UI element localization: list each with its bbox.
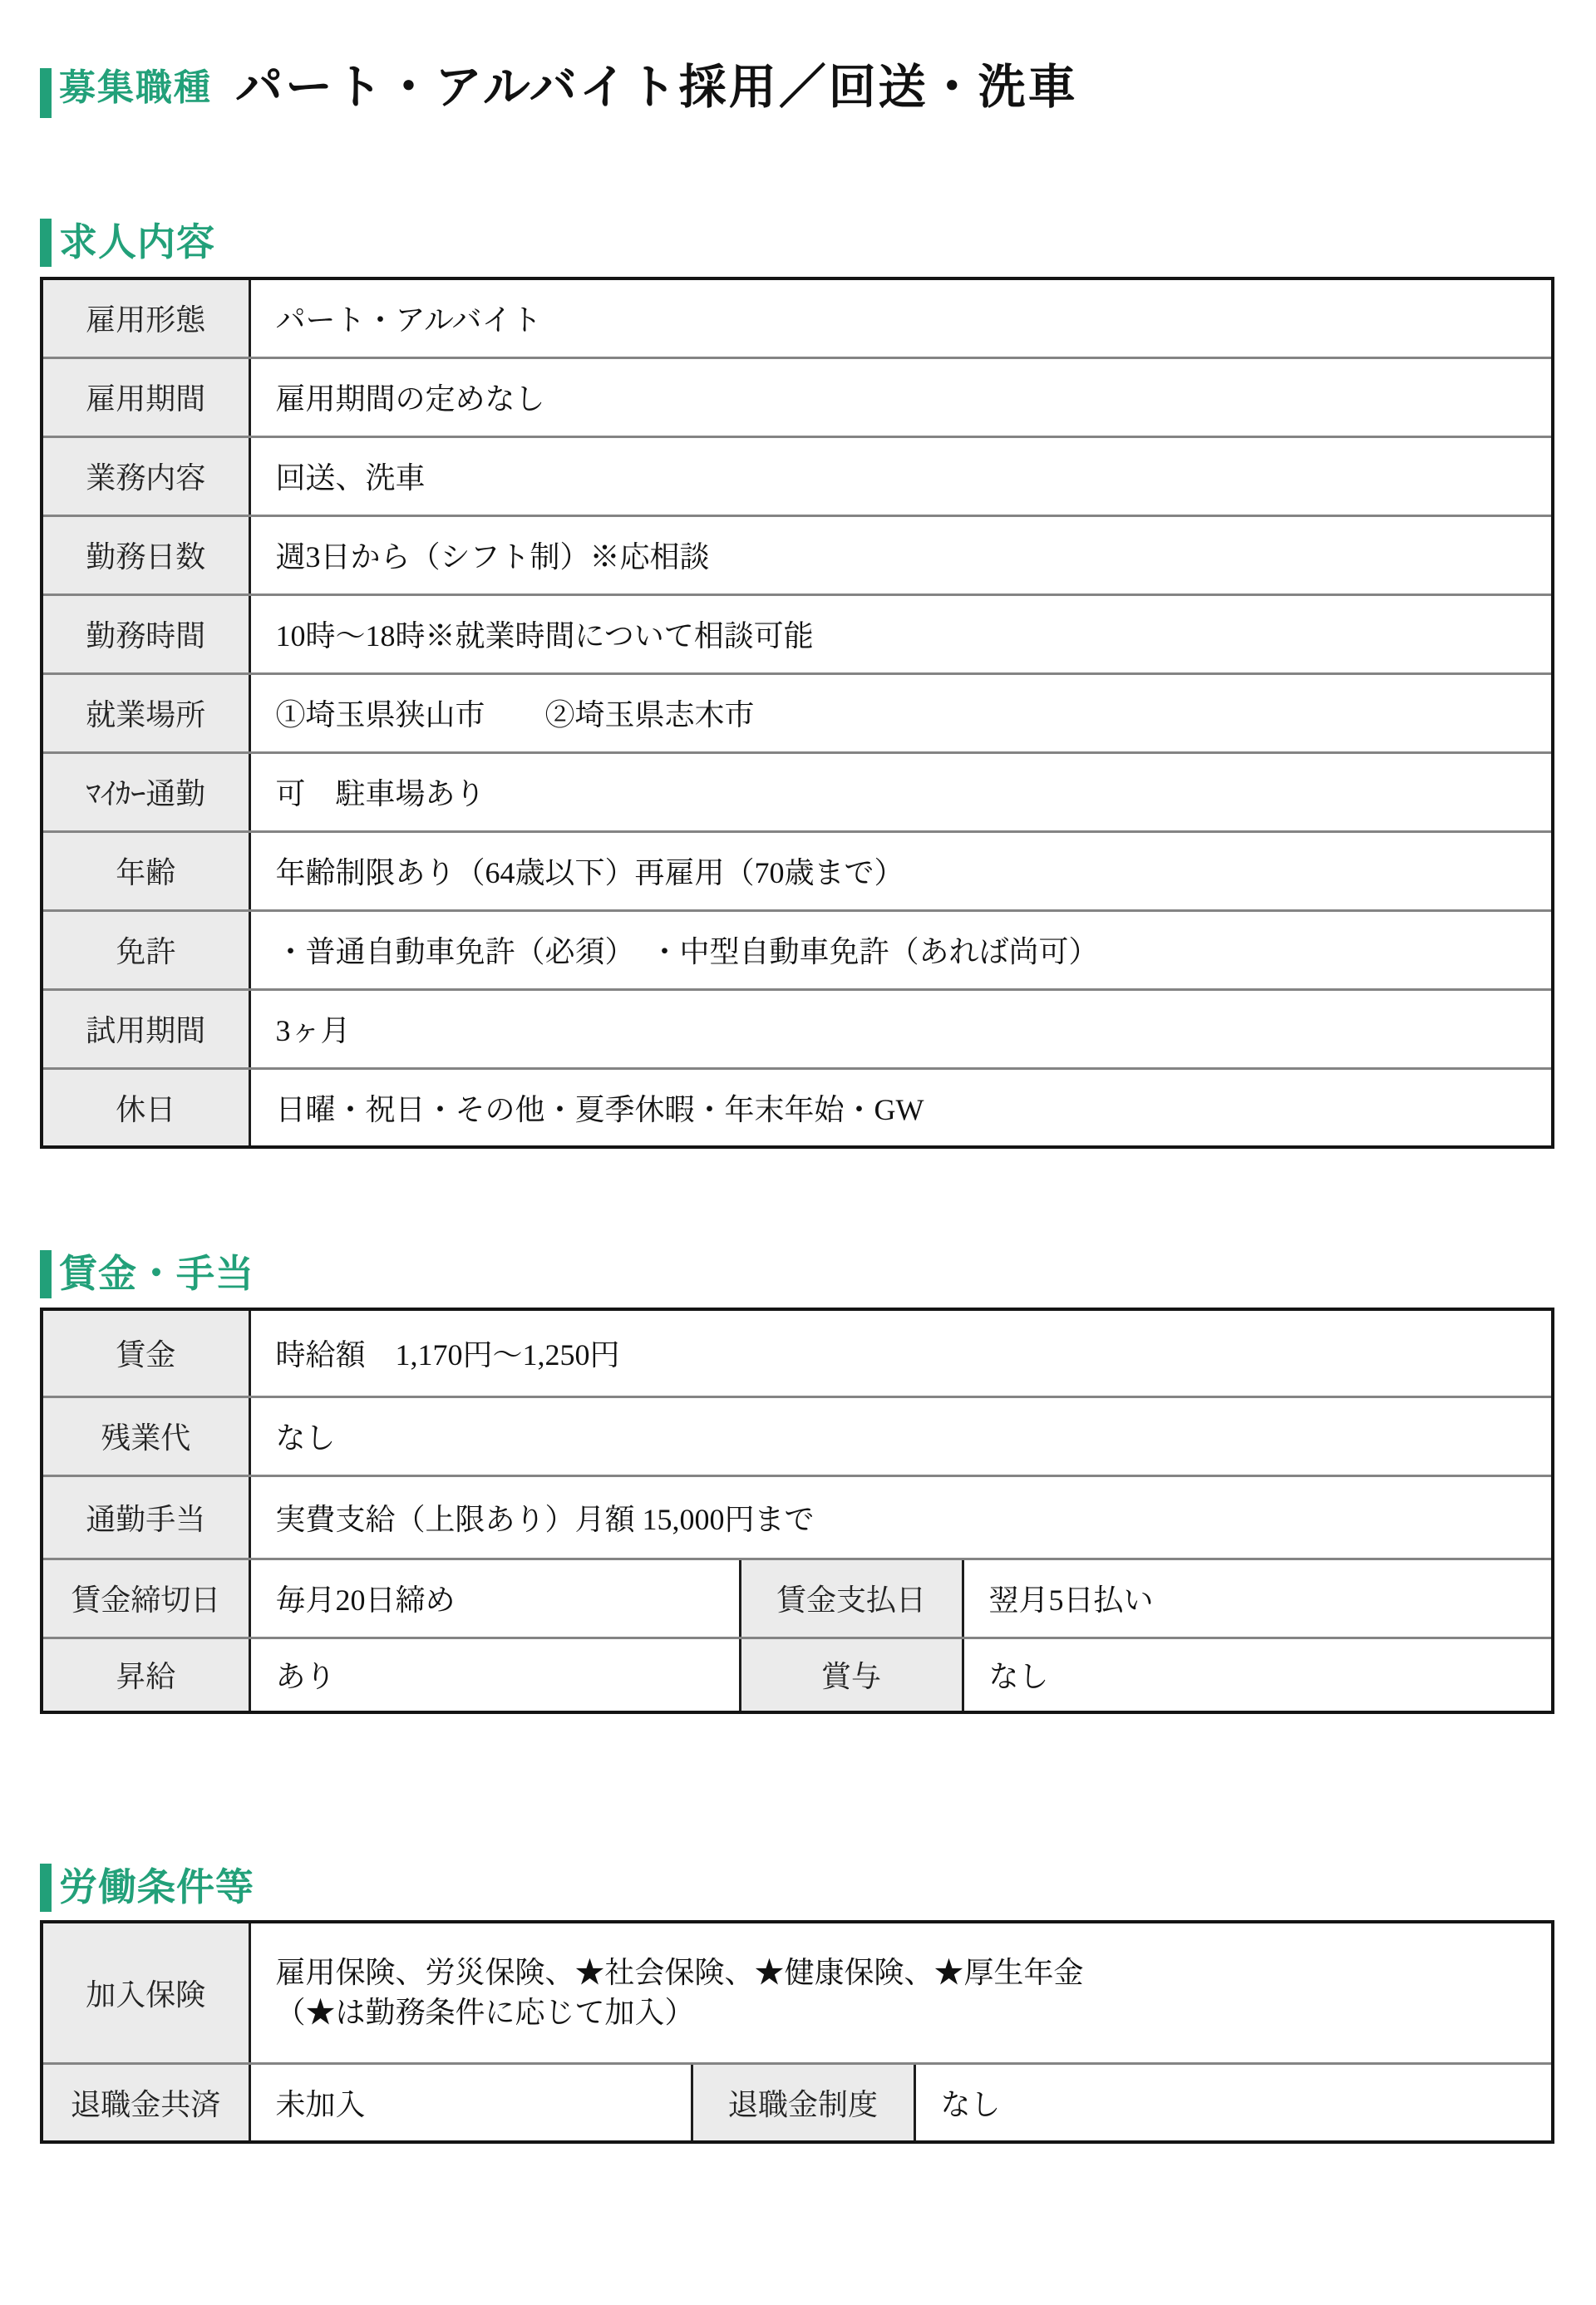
- row-label: 退職金共済: [42, 2063, 249, 2142]
- table-row: ﾏｲｶｰ通勤 可 駐車場あり: [42, 752, 1553, 831]
- row-label: 勤務時間: [42, 594, 249, 673]
- row-value: 可 駐車場あり: [249, 752, 1553, 831]
- section-header-job-details: 求人内容: [40, 219, 215, 267]
- row-label: 業務内容: [42, 436, 249, 515]
- table-row: 退職金共済 未加入 退職金制度 なし: [42, 2063, 1553, 2142]
- row-label: 賃金締切日: [42, 1559, 249, 1638]
- table-row: 通勤手当 実費支給（上限あり）月額 15,000円まで: [42, 1475, 1553, 1559]
- row-label: 通勤手当: [42, 1475, 249, 1559]
- accent-bar: [40, 68, 52, 118]
- row-value: あり: [249, 1638, 740, 1712]
- row-value: 年齢制限あり（64歳以下）再雇用（70歳まで）: [249, 831, 1553, 910]
- accent-bar: [40, 219, 52, 267]
- table-row: 加入保険 雇用保険、労災保険、★社会保険、★健康保険、★厚生年金 （★は勤務条件…: [42, 1922, 1553, 2063]
- row-label: 年齢: [42, 831, 249, 910]
- row-label: 加入保険: [42, 1922, 249, 2063]
- insurance-line-2: （★は勤務条件に応じて加入）: [276, 1992, 1544, 2033]
- table-row: 試用期間 3ヶ月: [42, 989, 1553, 1068]
- table-row: 賃金締切日 毎月20日締め 賃金支払日 翌月5日払い: [42, 1559, 1553, 1638]
- conditions-table: 加入保険 雇用保険、労災保険、★社会保険、★健康保険、★厚生年金 （★は勤務条件…: [40, 1920, 1554, 2144]
- row-label: 賃金支払日: [740, 1559, 963, 1638]
- row-label: ﾏｲｶｰ通勤: [42, 752, 249, 831]
- section-heading: 労働条件等: [59, 1864, 254, 1912]
- row-label: 残業代: [42, 1396, 249, 1475]
- row-label: 雇用形態: [42, 278, 249, 357]
- row-label: 退職金制度: [692, 2063, 914, 2142]
- section-header-wages: 賃金・手当: [40, 1250, 254, 1298]
- row-value: 雇用期間の定めなし: [249, 357, 1553, 436]
- table-row: 就業場所 ①埼玉県狭山市 ②埼玉県志木市: [42, 673, 1553, 752]
- job-details-table: 雇用形態 パート・アルバイト 雇用期間 雇用期間の定めなし 業務内容 回送、洗車…: [40, 277, 1554, 1149]
- row-label: 雇用期間: [42, 357, 249, 436]
- table-row: 年齢 年齢制限あり（64歳以下）再雇用（70歳まで）: [42, 831, 1553, 910]
- row-value: ①埼玉県狭山市 ②埼玉県志木市: [249, 673, 1553, 752]
- row-value: 週3日から（シフト制）※応相談: [249, 515, 1553, 594]
- row-value: 毎月20日締め: [249, 1559, 740, 1638]
- accent-bar: [40, 1250, 52, 1298]
- row-value: 回送、洗車: [249, 436, 1553, 515]
- table-row: 免許 ・普通自動車免許（必須） ・中型自動車免許（あれば尚可）: [42, 910, 1553, 989]
- row-value: 時給額 1,170円〜1,250円: [249, 1309, 1553, 1396]
- row-value: 雇用保険、労災保険、★社会保険、★健康保険、★厚生年金 （★は勤務条件に応じて加…: [249, 1922, 1553, 2063]
- row-value: 翌月5日払い: [963, 1559, 1553, 1638]
- row-label: 賞与: [740, 1638, 963, 1712]
- row-value: なし: [963, 1638, 1553, 1712]
- table-row: 勤務時間 10時〜18時※就業時間について相談可能: [42, 594, 1553, 673]
- table-row: 雇用形態 パート・アルバイト: [42, 278, 1553, 357]
- section-header-conditions: 労働条件等: [40, 1864, 254, 1912]
- table-row: 休日 日曜・祝日・その他・夏季休暇・年末年始・GW: [42, 1068, 1553, 1147]
- document-title-block: 募集職種 パート・アルバイト採用／回送・洗車: [40, 58, 1078, 118]
- row-value: 10時〜18時※就業時間について相談可能: [249, 594, 1553, 673]
- row-label: 賃金: [42, 1309, 249, 1396]
- table-row: 雇用期間 雇用期間の定めなし: [42, 357, 1553, 436]
- section-heading: 求人内容: [59, 219, 215, 267]
- table-row: 勤務日数 週3日から（シフト制）※応相談: [42, 515, 1553, 594]
- row-value: 3ヶ月: [249, 989, 1553, 1068]
- row-label: 就業場所: [42, 673, 249, 752]
- page-title: パート・アルバイト採用／回送・洗車: [235, 58, 1078, 118]
- table-row: 賃金 時給額 1,170円〜1,250円: [42, 1309, 1553, 1396]
- row-value: なし: [914, 2063, 1553, 2142]
- accent-bar: [40, 1864, 52, 1912]
- section-heading: 賃金・手当: [59, 1250, 254, 1298]
- insurance-line-1: 雇用保険、労災保険、★社会保険、★健康保険、★厚生年金: [276, 1953, 1544, 1993]
- job-posting-page: 募集職種 パート・アルバイト採用／回送・洗車 求人内容 雇用形態 パート・アルバ…: [0, 0, 1596, 2305]
- row-label: 昇給: [42, 1638, 249, 1712]
- row-label: 試用期間: [42, 989, 249, 1068]
- row-label: 休日: [42, 1068, 249, 1147]
- row-value: パート・アルバイト: [249, 278, 1553, 357]
- table-row: 残業代 なし: [42, 1396, 1553, 1475]
- title-label: 募集職種: [59, 58, 212, 118]
- row-value: 実費支給（上限あり）月額 15,000円まで: [249, 1475, 1553, 1559]
- row-label: 免許: [42, 910, 249, 989]
- table-row: 昇給 あり 賞与 なし: [42, 1638, 1553, 1712]
- row-value: 日曜・祝日・その他・夏季休暇・年末年始・GW: [249, 1068, 1553, 1147]
- wage-table: 賃金 時給額 1,170円〜1,250円 残業代 なし 通勤手当 実費支給（上限…: [40, 1308, 1554, 1714]
- row-value: なし: [249, 1396, 1553, 1475]
- row-label: 勤務日数: [42, 515, 249, 594]
- row-value: 未加入: [249, 2063, 692, 2142]
- table-row: 業務内容 回送、洗車: [42, 436, 1553, 515]
- row-value: ・普通自動車免許（必須） ・中型自動車免許（あれば尚可）: [249, 910, 1553, 989]
